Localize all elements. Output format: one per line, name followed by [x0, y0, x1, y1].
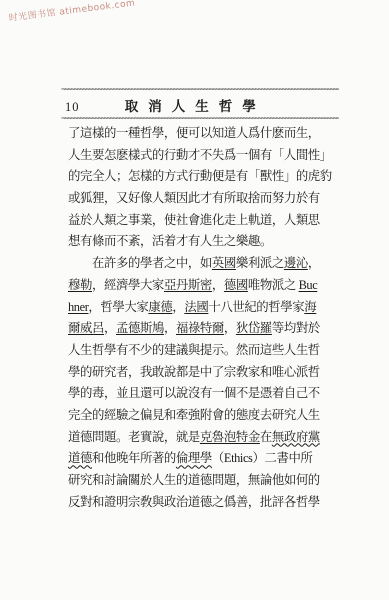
text-segment: 益於人類之事業，使社會進化走上軌道，人類思 — [68, 213, 320, 227]
page-header: ~~~~~~~~~~~~~~~~~~~~~~~~~~~~~~~~~~~~~~~~… — [61, 88, 339, 123]
text-segment: （Ethics）二書中所 — [212, 451, 313, 465]
text-line: 學的研究者，我敢說都是中了宗敎家和唯心派哲 — [68, 362, 336, 384]
text-segment: ， — [172, 300, 184, 314]
proper-noun-underline: 法國 — [184, 300, 208, 314]
text-line: 研究和討論關於人生的道德問題，無論他如何的 — [68, 470, 336, 492]
text-segment: 了這樣的一種哲學，便可以知道人爲什麽而生， — [68, 126, 320, 140]
text-line: 人生要怎麽樣式的行動才不失爲一個有「人間性」 — [68, 145, 336, 167]
text-line: 益於人類之事業，使社會進化走上軌道，人類思 — [68, 210, 336, 232]
proper-noun-underline: 邊沁 — [284, 256, 308, 270]
text-line: 了這樣的一種哲學，便可以知道人爲什麽而生， — [68, 123, 336, 145]
text-line: 人生哲學有不少的建議與提示。然而這些人生哲 — [68, 340, 336, 362]
header-row: 10 取消人生哲學 — [61, 94, 339, 117]
chapter-title: 取消人生哲學 — [125, 95, 266, 115]
text-segment: 研究和討論關於人生的道德問題，無論他如何的 — [68, 473, 320, 487]
text-line: 學的毒，並且還可以說沒有一個不是憑着自己不 — [68, 383, 336, 405]
text-segment: 或狐狸，又好像人類因此才有所取捨而努力於有 — [68, 191, 320, 205]
text-segment: ，哲學大家 — [88, 300, 148, 314]
text-segment: 樂利派之 — [236, 256, 284, 270]
proper-noun-underline: Buc — [299, 278, 318, 292]
watermark: 时光图书馆 atimebook.com — [8, 0, 136, 24]
text-line: hner，哲學大家康德，法國十八世紀的哲學家海 — [68, 297, 336, 319]
header-top-wavy-rule: ~~~~~~~~~~~~~~~~~~~~~~~~~~~~~~~~~~~~~~~~… — [61, 88, 339, 94]
page-number: 10 — [65, 100, 80, 115]
text-segment: 學的毒，並且還可以說沒有一個不是憑着自己不 — [68, 386, 320, 400]
text-segment: 人生哲學有不少的建議與提示。然而這些人生哲 — [68, 343, 320, 357]
proper-noun-underline: 康德 — [148, 300, 172, 314]
book-title-mark: 無政府黨 — [272, 430, 320, 444]
text-segment: ，經濟學大家 — [92, 278, 164, 292]
text-segment: 十八世紀的哲學家 — [208, 300, 304, 314]
text-segment: ， — [212, 278, 224, 292]
proper-noun-underline: 克魯泡特金 — [200, 430, 260, 444]
text-segment: 在 — [260, 430, 272, 444]
text-line: 道德和他晚年所著的倫理學（Ethics）二書中所 — [68, 448, 336, 470]
text-segment: ， — [308, 256, 320, 270]
text-line: 道德問題。老實說，就是克魯泡特金在無政府黨 — [68, 427, 336, 449]
book-title-mark: 道德 — [68, 451, 92, 465]
proper-noun-underline: hner — [68, 300, 88, 314]
text-segment: 完全的經驗之偏見和牽強附會的態度去研究人生 — [68, 408, 320, 422]
text-segment: 想有條而不紊，活着才有人生之樂趣。 — [68, 234, 272, 248]
text-segment: 反對和證明宗敎與政治道德之僞善，批評各哲學 — [68, 495, 320, 509]
text-line: 在許多的學者之中，如英國樂利派之邊沁， — [68, 253, 336, 275]
text-segment: 和他晚年所著的 — [92, 451, 176, 465]
text-segment: 道德問題。老實說，就是 — [68, 430, 200, 444]
body-text: 了這樣的一種哲學，便可以知道人爲什麽而生，人生要怎麽樣式的行動才不失爲一個有「人… — [68, 123, 336, 513]
text-line: 穆勒，經濟學大家亞丹斯密，德國唯物派之 Buc — [68, 275, 336, 297]
text-segment: 的完全人；怎樣的方式行動便是有「獸性」的虎豹 — [68, 169, 332, 183]
proper-noun-underline: 穆勒 — [68, 278, 92, 292]
text-segment: ， — [104, 321, 116, 335]
text-segment: 唯物派之 — [248, 278, 299, 292]
text-line: 想有條而不紊，活着才有人生之樂趣。 — [68, 231, 336, 253]
text-segment: 在許多的學者之中，如 — [92, 256, 212, 270]
book-title-mark: 倫理學 — [176, 451, 212, 465]
proper-noun-underline: 德國 — [224, 278, 248, 292]
scanned-book-page: 时光图书馆 atimebook.com ~~~~~~~~~~~~~~~~~~~~… — [0, 0, 389, 600]
proper-noun-underline: 狄岱羅 — [236, 321, 272, 335]
text-segment: ， — [164, 321, 176, 335]
proper-noun-underline: 海 — [304, 300, 316, 314]
text-segment: 學的研究者，我敢說都是中了宗敎家和唯心派哲 — [68, 365, 320, 379]
proper-noun-underline: 英國 — [212, 256, 236, 270]
text-line: 或狐狸，又好像人類因此才有所取捨而努力於有 — [68, 188, 336, 210]
text-segment: 人生要怎麽樣式的行動才不失爲一個有「人間性」 — [68, 148, 332, 162]
text-segment: ， — [224, 321, 236, 335]
text-line: 的完全人；怎樣的方式行動便是有「獸性」的虎豹 — [68, 166, 336, 188]
text-line: 反對和證明宗敎與政治道德之僞善，批評各哲學 — [68, 492, 336, 514]
text-line: 爾威呂，孟德斯鳩，福祿特爾，狄岱羅等均對於 — [68, 318, 336, 340]
proper-noun-underline: 亞丹斯密 — [164, 278, 212, 292]
text-line: 完全的經驗之偏見和牽強附會的態度去研究人生 — [68, 405, 336, 427]
proper-noun-underline: 孟德斯鳩 — [116, 321, 164, 335]
text-segment: 等均對於 — [272, 321, 320, 335]
proper-noun-underline: 福祿特爾 — [176, 321, 224, 335]
proper-noun-underline: 爾威呂 — [68, 321, 104, 335]
